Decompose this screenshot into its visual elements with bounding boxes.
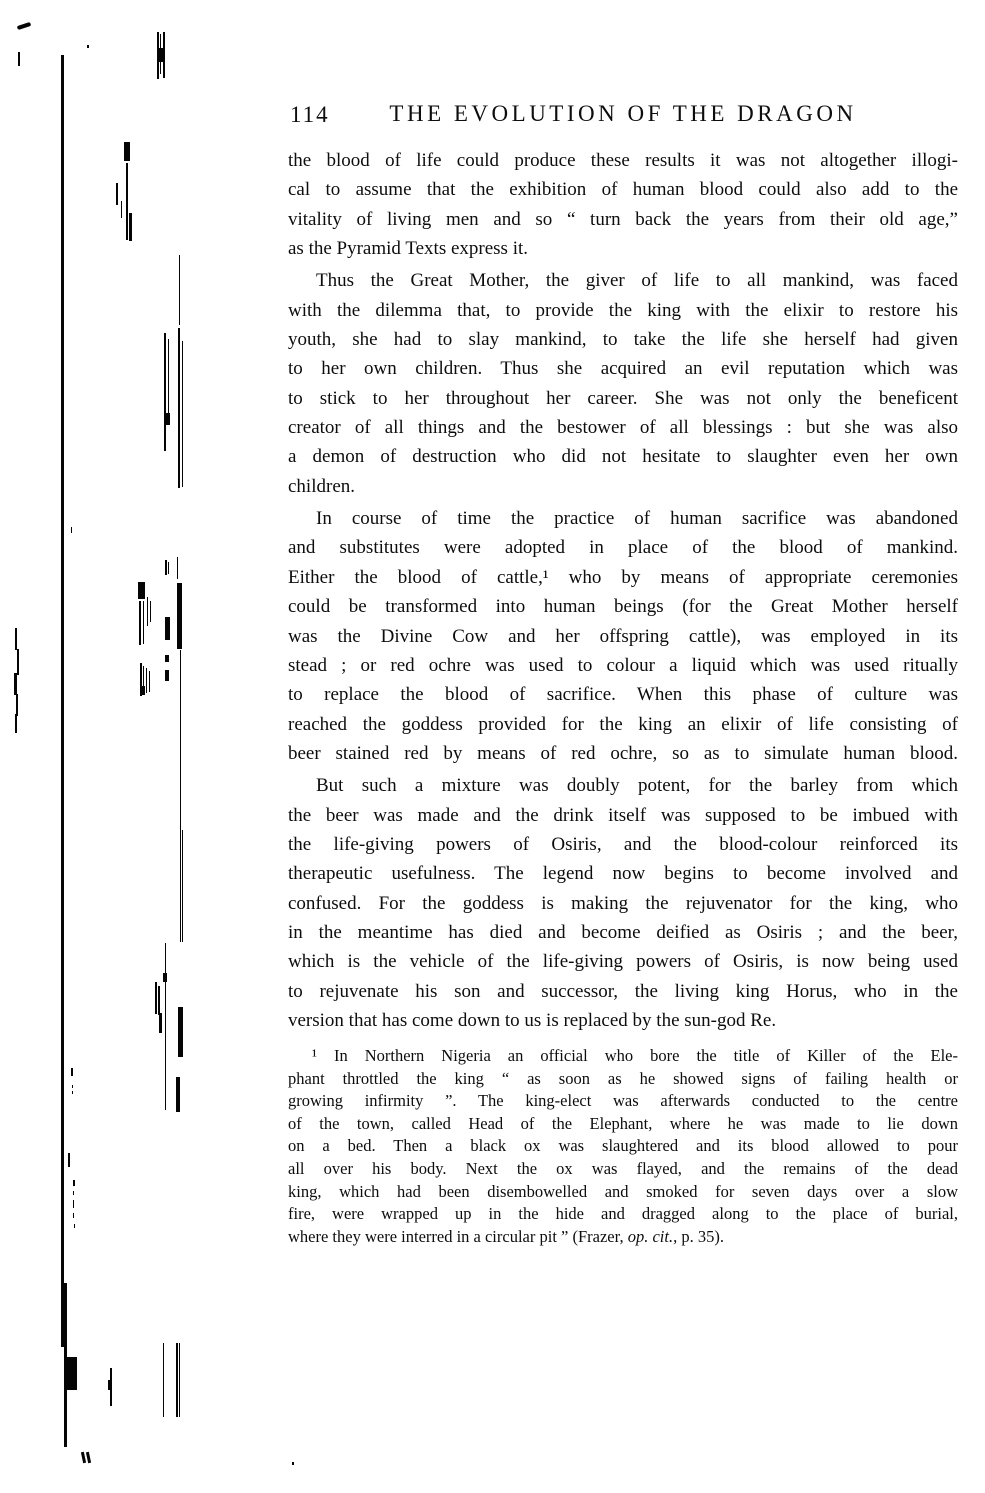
text-line: Either the blood of cattle,¹ who by mean… xyxy=(288,563,958,592)
paragraph: Thus the Great Mother, the giver of life… xyxy=(288,266,958,501)
text-line: youth, she had to slay mankind, to take … xyxy=(288,325,958,354)
text-line: the beer was made and the drink itself w… xyxy=(288,801,958,830)
scan-mark xyxy=(165,655,169,662)
scan-mark xyxy=(129,213,132,241)
text-line: the blood of life could produce these re… xyxy=(288,146,958,175)
text-line: as the Pyramid Texts express it. xyxy=(288,234,958,263)
text-line: reached the goddess provided for the kin… xyxy=(288,710,958,739)
scan-mark xyxy=(140,686,145,695)
text-line: cal to assume that the exhibition of hum… xyxy=(288,175,958,204)
scan-mark xyxy=(177,583,182,649)
scan-mark xyxy=(182,341,183,487)
scan-mark xyxy=(17,649,19,675)
footnote-line: where they were interred in a circular p… xyxy=(288,1226,958,1249)
scan-mark xyxy=(74,1224,75,1228)
text-line: was the Divine Cow and her offspring cat… xyxy=(288,622,958,651)
footnote-line: of the town, called Head of the Elephant… xyxy=(288,1113,958,1136)
scan-mark xyxy=(168,339,169,419)
text-line: In course of time the practice of human … xyxy=(288,504,958,533)
scan-mark xyxy=(163,1343,164,1417)
text-line: to her own children. Thus she acquired a… xyxy=(288,354,958,383)
scan-mark xyxy=(68,1153,70,1167)
scan-mark xyxy=(179,1343,180,1417)
page-number: 114 xyxy=(290,102,330,128)
scan-mark xyxy=(67,1357,77,1390)
scan-mark xyxy=(73,1200,74,1208)
text-segment: where they were interred in a circular p… xyxy=(288,1227,628,1246)
scan-mark xyxy=(150,601,151,622)
text-line: which is the vehicle of the life-giving … xyxy=(288,947,958,976)
scan-mark xyxy=(138,582,145,599)
scan-mark xyxy=(71,1068,73,1076)
body-text: the blood of life could produce these re… xyxy=(288,146,958,1038)
scan-mark xyxy=(61,1283,67,1345)
scan-mark xyxy=(164,333,166,451)
scan-mark xyxy=(72,1091,73,1094)
scan-mark xyxy=(15,714,17,733)
scan-mark xyxy=(15,628,17,650)
scan-mark xyxy=(16,694,18,716)
scan-mark xyxy=(108,1380,112,1390)
footnote-line: on a bed. Then a black ox was slaughtere… xyxy=(288,1135,958,1158)
scan-mark xyxy=(177,557,178,579)
footnote-line: fire, were wrapped up in the hide and dr… xyxy=(288,1203,958,1226)
scan-mark xyxy=(165,617,170,640)
scan-mark xyxy=(176,1077,180,1112)
text-line: to stick to her throughout her career. S… xyxy=(288,384,958,413)
page-title: THE EVOLUTION OF THE DRAGON xyxy=(288,101,958,127)
scan-mark xyxy=(143,601,144,644)
text-line: in the meantime has died and become deif… xyxy=(288,918,958,947)
scan-mark xyxy=(64,1345,67,1447)
scan-mark xyxy=(179,255,180,325)
text-line: stead ; or red ochre was used to colour … xyxy=(288,651,958,680)
scan-mark xyxy=(157,32,159,79)
scan-mark xyxy=(140,663,142,696)
scan-mark xyxy=(71,527,72,533)
scan-mark xyxy=(165,670,169,681)
scan-mark xyxy=(139,601,141,645)
text-line: the life-giving powers of Osiris, and th… xyxy=(288,830,958,859)
scan-mark xyxy=(86,1452,91,1463)
scan-mark xyxy=(178,1007,183,1057)
text-line: confused. For the goddess is making the … xyxy=(288,889,958,918)
footnote-line: phant throttled the king “ as soon as he… xyxy=(288,1068,958,1091)
scan-mark xyxy=(110,1368,112,1406)
scan-mark xyxy=(159,1013,162,1033)
scan-mark xyxy=(163,973,167,982)
text-line: therapeutic usefulness. The legend now b… xyxy=(288,859,958,888)
scan-mark xyxy=(165,943,166,1110)
scan-mark xyxy=(73,1180,75,1186)
text-line: Thus the Great Mother, the giver of life… xyxy=(288,266,958,295)
scanned-book-page: 114 THE EVOLUTION OF THE DRAGON the bloo… xyxy=(0,0,985,1493)
scan-mark xyxy=(165,560,167,575)
text-line: version that has come down to us is repl… xyxy=(288,1006,958,1035)
scan-mark xyxy=(124,142,130,161)
scan-mark xyxy=(163,32,165,78)
scan-mark xyxy=(121,201,122,218)
scan-mark xyxy=(17,22,32,30)
scan-mark xyxy=(176,1343,178,1417)
scan-mark xyxy=(72,1085,73,1088)
paragraph: In course of time the practice of human … xyxy=(288,504,958,768)
scan-mark xyxy=(143,666,144,693)
scan-mark xyxy=(146,668,147,693)
scan-mark xyxy=(126,163,128,240)
scan-mark xyxy=(81,1452,86,1463)
text-line: with the dilemma that, to provide the ki… xyxy=(288,296,958,325)
page-header: 114 THE EVOLUTION OF THE DRAGON xyxy=(288,101,958,135)
scan-mark xyxy=(73,1191,74,1195)
text-line: to replace the blood of sacrifice. When … xyxy=(288,680,958,709)
footnote-line: king, which had been disembowelled and s… xyxy=(288,1181,958,1204)
scan-mark xyxy=(164,413,170,425)
text-line: could be transformed into human beings (… xyxy=(288,592,958,621)
text-line: vitality of living men and so “ turn bac… xyxy=(288,205,958,234)
text-line: But such a mixture was doubly potent, fo… xyxy=(288,771,958,800)
scan-mark xyxy=(18,52,20,66)
scan-mark xyxy=(87,45,89,48)
text-line: beer stained red by means of red ochre, … xyxy=(288,739,958,768)
text-line: children. xyxy=(288,472,958,501)
scan-mark xyxy=(14,673,17,695)
scan-mark xyxy=(292,1462,294,1465)
text-segment: , p. 35). xyxy=(673,1227,724,1246)
footnote-line: all over his body. Next the ox was flaye… xyxy=(288,1158,958,1181)
footnote: ¹ In Northern Nigeria an official who bo… xyxy=(288,1045,958,1248)
footnote-line: ¹ In Northern Nigeria an official who bo… xyxy=(288,1045,958,1068)
scan-mark xyxy=(180,650,181,942)
scan-mark xyxy=(155,982,157,1014)
scan-mark xyxy=(73,1213,74,1218)
scan-mark xyxy=(147,597,148,626)
scan-mark xyxy=(61,55,64,1347)
text-line: a demon of destruction who did not hesit… xyxy=(288,442,958,471)
scan-mark xyxy=(158,986,160,1015)
scan-mark xyxy=(160,34,161,74)
text-line: and substitutes were adopted in place of… xyxy=(288,533,958,562)
scan-mark xyxy=(178,328,180,488)
scan-mark xyxy=(149,671,150,692)
scan-mark xyxy=(158,48,163,62)
italic-text: op. cit. xyxy=(628,1227,673,1246)
paragraph: the blood of life could produce these re… xyxy=(288,146,958,263)
footnote-line: growing infirmity ”. The king-elect was … xyxy=(288,1090,958,1113)
scan-mark xyxy=(168,562,169,574)
text-line: creator of all things and the bestower o… xyxy=(288,413,958,442)
scan-mark xyxy=(182,830,183,942)
paragraph: But such a mixture was doubly potent, fo… xyxy=(288,771,958,1035)
scan-mark xyxy=(116,183,118,205)
text-line: to rejuvenate his son and successor, the… xyxy=(288,977,958,1006)
